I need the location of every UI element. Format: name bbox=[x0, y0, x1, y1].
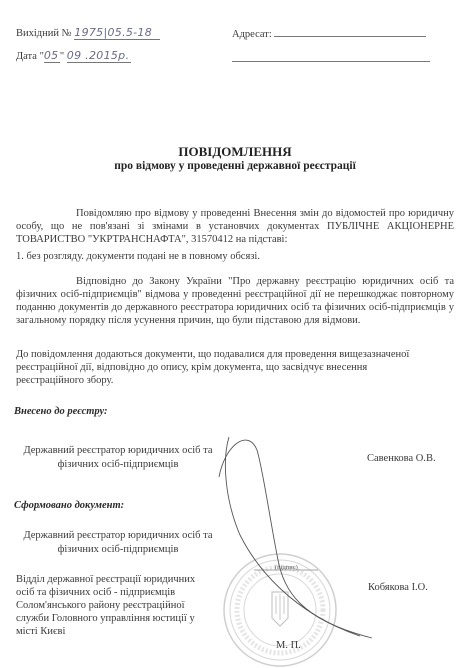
seal-and-signature bbox=[0, 0, 470, 668]
signature-caption: (підпис) bbox=[275, 564, 298, 571]
seal-mark: М. П. bbox=[276, 640, 301, 651]
signature-stroke-icon bbox=[225, 437, 360, 636]
